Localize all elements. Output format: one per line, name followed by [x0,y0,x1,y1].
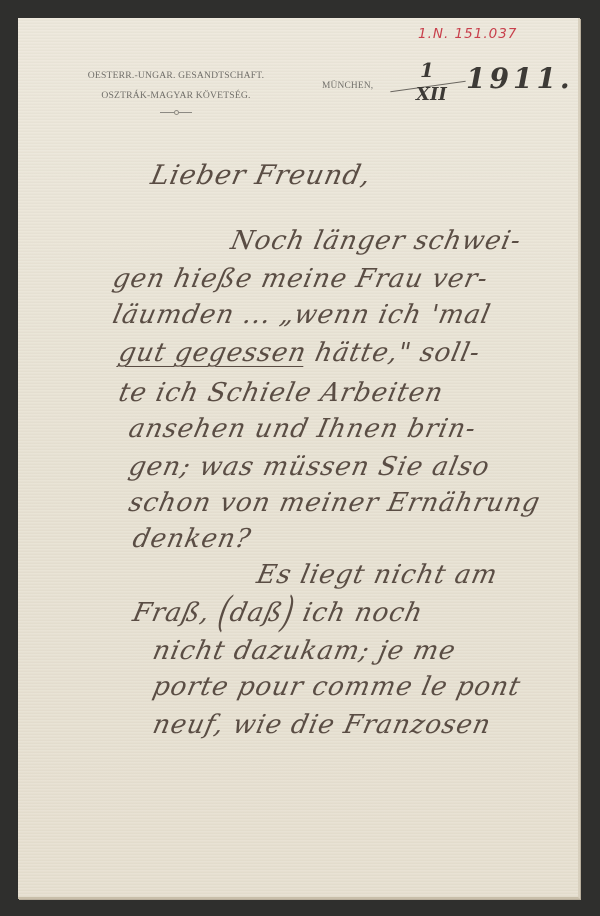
letterhead-line-hungarian: OSZTRÁK-MAGYAR KÖVETSÉG. [66,86,286,106]
letter-page: 1.N. 151.037 OESTERR.-UNGAR. GESANDTSCHA… [18,18,580,899]
body-line-10: Es liegt nicht am [254,560,501,590]
underlined-phrase: gut gegessen [116,338,309,368]
archive-number: 1.N. 151.037 [418,26,517,42]
body-line-11-end: ich noch [300,598,426,628]
salutation: Lieber Freund, [148,160,374,191]
body-line-4-rest: hätte," soll- [303,338,483,368]
body-line-6: ansehen und Ihnen brin- [126,414,479,444]
body-line-12: nicht dazukam; je me [150,636,459,666]
body-line-11-start: Fraß, [130,598,213,628]
parenthetical-word: daß [227,598,286,628]
date-year: 1911. [466,62,574,95]
body-line-7: gen; was müssen Sie also [126,452,493,482]
letterhead-line-german: OESTERR.-UNGAR. GESANDTSCHAFT. [66,66,286,86]
body-line-13: porte pour comme le pont [150,672,524,702]
body-line-5: te ich Schiele Arbeiten [116,378,446,408]
body-line-8: schon von meiner Ernährung [126,488,543,518]
body-line-2: gen hieße meine Frau ver- [110,264,491,294]
body-line-9: denken? [130,524,254,554]
ornament-divider-icon [160,112,192,113]
body-line-11: Fraß, (daß) ich noch [130,598,426,628]
place-name: MÜNCHEN, [322,81,373,91]
body-line-3: läumden ... „wenn ich 'mal [110,300,494,330]
date-day: 1 [420,58,434,82]
date-month: XII [416,84,447,105]
letterhead: OESTERR.-UNGAR. GESANDTSCHAFT. OSZTRÁK-M… [66,66,286,113]
body-line-1: Noch länger schwei- [228,226,524,256]
body-line-14: neuf, wie die Franzosen [150,710,494,740]
body-line-4: gut gegessen hätte," soll- [116,338,483,368]
